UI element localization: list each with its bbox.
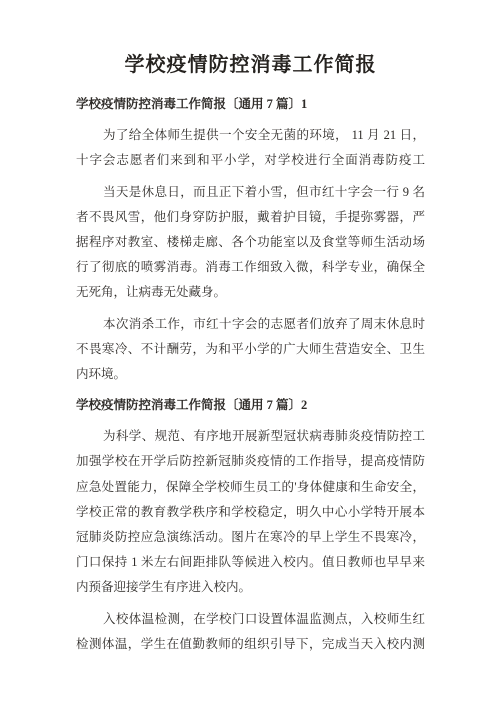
text-line: 检测体温，学生在值勤教师的组织引导下，完成当天入校内测温记 xyxy=(76,632,425,657)
text-line: 内环境。 xyxy=(76,362,425,387)
paragraph: 为科学、规范、有序地开展新型冠状病毒肺炎疫情防控工作，加强学校在开学后防控新冠肺… xyxy=(76,424,425,600)
text-line: 据程序对教室、楼梯走廊、各个功能室以及食堂等师生活动场所进 xyxy=(76,230,425,255)
text-line: 冠肺炎防控应急演练活动。图片在寒冷的早上学生不畏寒冷，在校 xyxy=(76,525,425,550)
text-line: 不畏寒冷、不计酬劳，为和平小学的广大师生营造安全、卫生的校 xyxy=(76,337,425,362)
text-line: 无死角，让病毒无处藏身。 xyxy=(76,280,425,305)
paragraph: 为了给全体师生提供一个安全无菌的环境， 11 月 21 日，市红十字会志愿者们来… xyxy=(76,123,425,173)
text-line: 入校体温检测，在学校门口设置体温监测点，入校师生红外仪 xyxy=(76,607,425,632)
paragraph: 本次消杀工作，市红十字会的志愿者们放弃了周末休息时间，不畏寒冷、不计酬劳，为和平… xyxy=(76,312,425,388)
text-line: 加强学校在开学后防控新冠肺炎疫情的工作指导，提高疫情防范和 xyxy=(76,449,425,474)
document-content: 学校疫情防控消毒工作简报 学校疫情防控消毒工作简报〔通用 7 篇〕1为了给全体师… xyxy=(0,0,500,657)
document-body: 学校疫情防控消毒工作简报〔通用 7 篇〕1为了给全体师生提供一个安全无菌的环境，… xyxy=(76,92,425,657)
text-line: 学校疫情防控消毒工作简报〔通用 7 篇〕2 xyxy=(76,393,425,418)
paragraph: 入校体温检测，在学校门口设置体温监测点，入校师生红外仪检测体温，学生在值勤教师的… xyxy=(76,607,425,657)
text-line: 应急处置能力，保障全学校师生员工的'身体健康和生命安全，维护 xyxy=(76,475,425,500)
text-line: 为了给全体师生提供一个安全无菌的环境， 11 月 21 日，市红 xyxy=(76,123,425,148)
text-line: 者不畏风雪，他们身穿防护服，戴着护目镜，手提弥雾器，严格根 xyxy=(76,205,425,230)
section-subheading: 学校疫情防控消毒工作简报〔通用 7 篇〕2 xyxy=(76,393,425,418)
document-page: 学校疫情防控消毒工作简报 学校疫情防控消毒工作简报〔通用 7 篇〕1为了给全体师… xyxy=(0,0,500,707)
text-line: 学校正常的教育教学秩序和学校稳定，明久中心小学特开展本次新 xyxy=(76,500,425,525)
paragraph: 当天是休息日，而且正下着小雪，但市红十字会一行 9 名志愿者不畏风雪，他们身穿防… xyxy=(76,180,425,306)
text-line: 本次消杀工作，市红十字会的志愿者们放弃了周末休息时间， xyxy=(76,312,425,337)
document-title: 学校疫情防控消毒工作简报 xyxy=(76,50,425,80)
section-subheading: 学校疫情防控消毒工作简报〔通用 7 篇〕1 xyxy=(76,92,425,117)
text-line: 内预备迎接学生有序进入校内。 xyxy=(76,575,425,600)
text-line: 学校疫情防控消毒工作简报〔通用 7 篇〕1 xyxy=(76,92,425,117)
text-line: 门口保持 1 米左右间距排队等候进入校内。值日教师也早早来到校 xyxy=(76,550,425,575)
text-line: 为科学、规范、有序地开展新型冠状病毒肺炎疫情防控工作， xyxy=(76,424,425,449)
text-line: 十字会志愿者们来到和平小学，对学校进行全面消毒防疫工作。 xyxy=(76,148,425,173)
text-line: 行了彻底的喷雾消毒。消毒工作细致入微，科学专业，确保全方位 xyxy=(76,255,425,280)
text-line: 当天是休息日，而且正下着小雪，但市红十字会一行 9 名志愿 xyxy=(76,180,425,205)
